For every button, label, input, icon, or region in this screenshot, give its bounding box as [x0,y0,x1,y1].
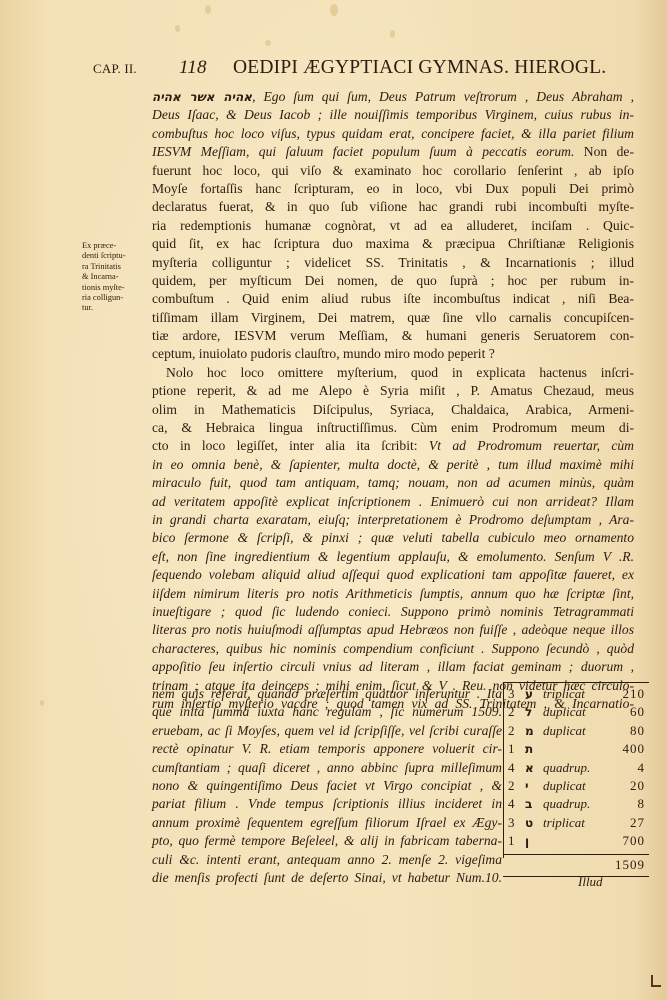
text-line: pariat filium . Vnde tempus ſcriptionis … [152,795,502,813]
text-line: olim in Mathematicis Diſcipulus, Syriaca… [152,401,634,419]
paragraph-start-line: Nolo hoc loco omittere myſterium, quod i… [152,364,634,382]
value: 8 [638,796,646,812]
sum-rule [503,854,649,855]
running-head: CAP. II. 118 OEDIPI ÆGYPTIACI GYMNAS. HI… [93,57,633,83]
text-line: die menſis profecti ſunt de deſerto Sina… [152,869,502,887]
text-line: inueſtigare ; quod ſic ludendo conieci. … [152,603,634,621]
operation: duplicat [543,723,586,739]
text-line: appoſitio ſeu inſertio circuli vnius ad … [152,658,634,676]
operation: triplicat [543,815,585,831]
text-line: rectè opinatur V. R. etiam temporis appo… [152,740,502,758]
marginal-line: tur. [82,303,144,313]
table-row: 1 ן 700 [503,833,651,851]
table-row: 2 י duplicat 20 [503,778,651,796]
text-beside-table: nem quis referat, quando præſertim quatu… [152,685,502,887]
text-line: cto in loco legiſſet, inter alia ita ſcr… [152,437,634,455]
table-total: 1509 [615,857,645,873]
operation: duplicat [543,704,586,720]
text-line: miraculo fuit, quod tam antiquam, tamq; … [152,474,634,492]
marginal-line: tionis myſte- [82,283,144,293]
text-line: ptione reperit, & ad me Alepo è Syria mi… [152,382,634,400]
table-row: 4 א quadrup. 4 [503,760,651,778]
text-line: iiſdem nimirum literis pro notis Arithme… [152,585,634,603]
text-line: que initâ ſummâ iuxta hanc regulam , ſic… [152,703,502,721]
marginal-line: Ex præce- [82,241,144,251]
text-line: ceptum, inuiolato pudoris clauſtro, mund… [152,345,634,363]
text-line: eſt, non ſine ingredientium & legentium … [152,548,634,566]
table-row: 2 מ duplicat 80 [503,723,651,741]
page-number: 118 [179,57,207,79]
multiplier: 4 [508,760,515,776]
value: 400 [623,741,646,757]
text-line: eruebam, ac ſi Moyſes, quem vel id ſcrip… [152,722,502,740]
text-line: in eo omnia benè, & ſapienter, multa doc… [152,456,634,474]
table-row: 3 ט triplicat 27 [503,815,651,833]
text-line: pto, quo fermè tempore Beſeleel, & alij … [152,832,502,850]
text-line: fuerunt hoc loco, qui viſo & examinato h… [152,162,634,180]
total-underline [503,876,649,877]
operation: duplicat [543,778,586,794]
multiplier: 1 [508,741,515,757]
chapter-label: CAP. II. [93,61,137,77]
text-line: quidem, per myſticum Dei nomen, de quo ſ… [152,272,634,290]
text-line: nem quis referat, quando præſertim quatu… [152,685,502,703]
page-corner-mark [651,975,661,987]
text-line: ca, & Hebraica lingua inſtructiſſimus. C… [152,419,634,437]
operation: triplicat [543,686,585,702]
running-title: OEDIPI ÆGYPTIACI GYMNAS. HIEROGL. [233,57,606,79]
text-line: אהיה אשר אהיה, Ego ſum qui ſum, Deus Pat… [152,88,634,106]
multiplier: 2 [508,723,515,739]
text-line: Deus Iſaac, & Deus Iacob ; ille nouiſſim… [152,106,634,124]
text-line: quid ſit, ex hac ſcriptura duo maxima & … [152,235,634,253]
multiplier: 2 [508,778,515,794]
text-line: tiſſimam illam Virginem, Dei matrem, quæ… [152,309,634,327]
text-line: culi &c. intenti erant, antequam anno 2.… [152,851,502,869]
value: 60 [630,704,645,720]
table-row: 1 ת 400 [503,741,651,759]
multiplier: 3 [508,686,515,702]
table-row: 4 ב quadrup. 8 [503,796,651,814]
hebrew-letter: ן [525,834,529,848]
hebrew-letter: ל [525,705,532,719]
text-line: characteres, quibus hic nominis compendi… [152,640,634,658]
operation: quadrup. [543,760,590,776]
marginal-line: ra Trinitatis [82,262,144,272]
hebrew-letter: ב [525,797,532,811]
hebrew-letter: ת [525,742,533,756]
hebrew-divine-name: אהיה אשר אהיה [152,90,252,104]
foxing-spot [265,40,271,46]
book-page: CAP. II. 118 OEDIPI ÆGYPTIACI GYMNAS. HI… [0,0,667,1000]
multiplier: 4 [508,796,515,812]
table-top-rule [503,682,649,684]
hebrew-letter: א [525,761,534,775]
catchword: Illud [578,874,603,890]
hebrew-letter: ט [525,816,533,830]
text-line: Moyſe fortaſſis hanc ſcripturam, eo in l… [152,180,634,198]
value: 27 [630,815,645,831]
marginal-line: denti ſcriptu- [82,251,144,261]
foxing-spot [390,30,395,38]
main-text: אהיה אשר אהיה, Ego ſum qui ſum, Deus Pat… [152,88,634,713]
table-row: 3 ע triplicat 210 [503,686,651,704]
text-line: nono & quingentiſimo Deus faciet vt Virg… [152,777,502,795]
operation: quadrup. [543,796,590,812]
text-line: cumſtantiam ; quaſi diceret , anno abbin… [152,759,502,777]
hebrew-letter: ע [525,687,533,701]
hebrew-letter: מ [525,724,534,738]
marginal-note: Ex præce- denti ſcriptu- ra Trinitatis &… [82,241,144,314]
foxing-spot [40,700,44,706]
table-row: 2 ל duplicat 60 [503,704,651,722]
text-line: ſequendo volebam aliquid aliud aſſequi q… [152,566,634,584]
value: 4 [638,760,646,776]
marginal-line: & Incarna- [82,272,144,282]
text-line: ad veritatem appoſitè explicat inſcripti… [152,493,634,511]
foxing-spot [330,4,338,16]
value: 80 [630,723,645,739]
text-line: literas pro notis huiuſmodi aſſumptas ap… [152,621,634,639]
multiplier: 3 [508,815,515,831]
multiplier: 2 [508,704,515,720]
text-line: ria redemptionis humanæ cognòrat, vt ad … [152,217,634,235]
value: 210 [623,686,646,702]
text-line: myſteria colliguntur ; videlicet SS. Tri… [152,254,634,272]
text-line: IESVM Meſſiam, qui ſaluum faciet populum… [152,143,634,161]
text-line: tiæ ardore, IESVM verum Meſſiam, & human… [152,327,634,345]
text-line: annum proximè ſequentem egreſſum filioru… [152,814,502,832]
text-line: declaratus fuerat, & in quo ſub viſione … [152,198,634,216]
value: 20 [630,778,645,794]
value: 700 [623,833,646,849]
text-line: combuſtus hoc loco viſus, typus quidam e… [152,125,634,143]
foxing-spot [205,5,211,14]
hebrew-letter: י [525,779,529,793]
text-line: bico ſermone & ſcripſi, & pinxi ; quæ ve… [152,529,634,547]
marginal-line: ria colligun- [82,293,144,303]
gematria-table: 3 ע triplicat 210 2 ל duplicat 60 2 מ du… [503,686,651,852]
foxing-spot [175,25,180,32]
multiplier: 1 [508,833,515,849]
text-line: in grandi charta exaratam, eiuſq; interp… [152,511,634,529]
text-line: combuſtum . Quid enim aliud rubus iſte i… [152,290,634,308]
